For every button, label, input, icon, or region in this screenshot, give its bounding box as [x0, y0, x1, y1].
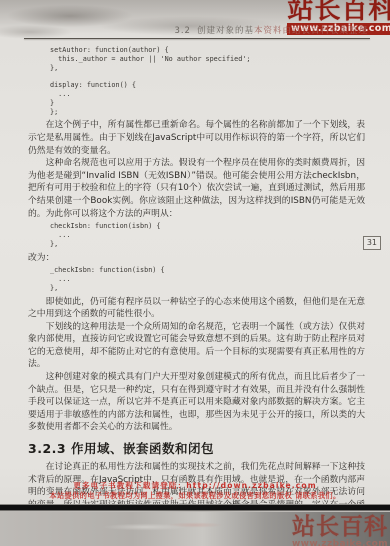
section-heading-3-2-3: 3.2.3 作用域、嵌套函数和闭包	[28, 441, 365, 456]
content-area: setAuthor: function(author) { this._auth…	[28, 44, 365, 537]
code-block-private-checkisbn: _checkIsbn: function(isbn) { ... },	[50, 266, 365, 292]
paragraph-naming-convention-methods: 这种命名规范也可以应用于方法。假设有一个程序员在使用你的类时颇费周折，因为他老是…	[28, 157, 365, 220]
scanned-book-page: 站长百科 www.zzbaike.com 3.2创建对象的基本资料由站长百科收集…	[0, 0, 390, 546]
paragraph-underscore-convention: 下划线的这种用法是一个众所周知的命名规范，它表明一个属性（或方法）仅供对象内部使…	[28, 321, 365, 371]
paragraph-underscore-naming: 在这个例子中，所有属性都已重新命名。每个属性的名称前都加了一个下划线，表示它是私…	[28, 119, 365, 157]
header-section-number: 3.2	[174, 26, 191, 36]
code-block-setauthor: setAuthor: function(author) { this._auth…	[50, 46, 365, 116]
page-number-badge: 31	[363, 236, 381, 250]
page-header: 3.2创建对象的基本资料由站长百科收集整理	[174, 26, 368, 36]
bottom-scan-band: 站长百科 www.zzbaike.com	[0, 512, 390, 546]
footer-notice-download-url: 更多电子书教程下载请登陆：http://down.zzbaike.com	[0, 481, 390, 491]
header-watermark-overlay: 本资料由站长百科收集整理	[254, 26, 368, 36]
footer-notice-copyright: 本站提供的电子书教程均为网上搜集，如果该教程涉及或侵害到您的版权 请联系我们。	[0, 491, 390, 500]
code-block-checkisbn: checkIsbn: function(isbn) { ... },	[50, 222, 365, 248]
footer-notice: 更多电子书教程下载请登陆：http://down.zzbaike.com 本站提…	[0, 481, 390, 500]
site-logo-glyph-bottom: 站长百科	[292, 515, 388, 539]
site-logo-url-bottom: www.zzbaike.com	[292, 539, 388, 546]
paragraph-pattern-pros-cons: 这种创建对象的模式具有门户大开型对象创建模式的所有优点，而且比后者少了一个缺点。…	[28, 371, 365, 434]
paragraph-loophole-mentality: 即使如此，仍可能有程序员以一种钻空子的心态来使用这个函数，但他们是在无意之中用到…	[28, 296, 365, 321]
site-logo-glyph: 站长百科	[287, 0, 390, 23]
site-logo-bottom: 站长百科 www.zzbaike.com	[292, 515, 388, 546]
footer-black-bar	[0, 504, 390, 512]
change-to-label: 改为：	[28, 252, 365, 265]
header-section-title: 创建对象的基	[197, 26, 254, 36]
header-rule	[24, 38, 370, 39]
scan-scribble-artifact	[95, 520, 225, 534]
